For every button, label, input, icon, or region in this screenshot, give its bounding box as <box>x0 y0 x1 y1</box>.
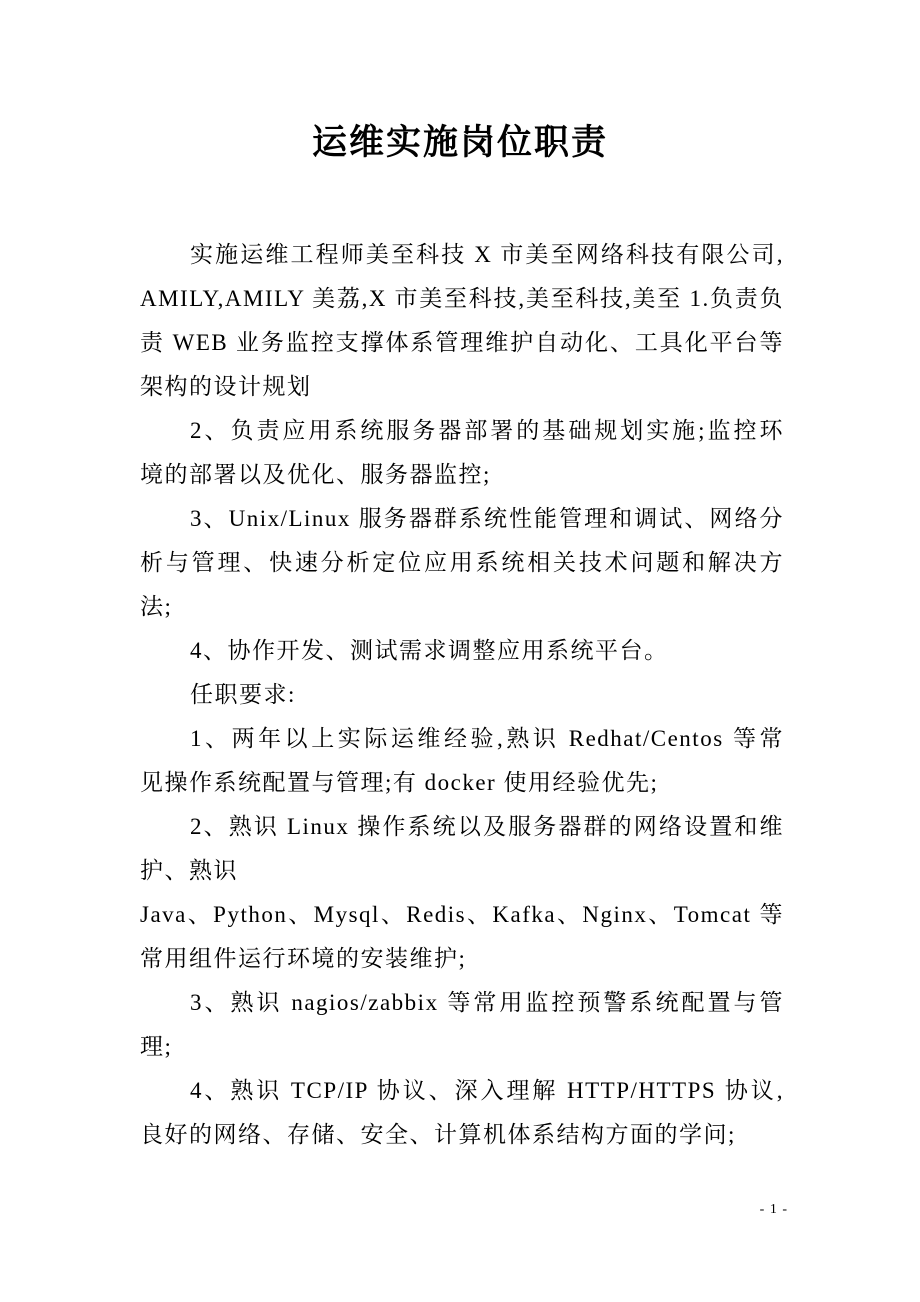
text-line: 架构的设计规划 <box>140 365 784 409</box>
text-line: AMILY,AMILY 美荔,X 市美至科技,美至科技,美至 1.负责负 <box>140 277 784 321</box>
text-line: 护、熟识 <box>140 849 784 893</box>
text-line: 3、Unix/Linux 服务器群系统性能管理和调试、网络分 <box>140 497 784 541</box>
text-line: 责 WEB 业务监控支撑体系管理维护自动化、工具化平台等 <box>140 321 784 365</box>
text-line: 实施运维工程师美至科技 X 市美至网络科技有限公司, <box>140 233 784 277</box>
text-line: 任职要求: <box>140 673 784 717</box>
text-line: 见操作系统配置与管理;有 docker 使用经验优先; <box>140 761 784 805</box>
text-line: 2、熟识 Linux 操作系统以及服务器群的网络设置和维 <box>140 805 784 849</box>
text-line: 4、熟识 TCP/IP 协议、深入理解 HTTP/HTTPS 协议,有 <box>140 1069 784 1113</box>
text-line: 1、两年以上实际运维经验,熟识 Redhat/Centos 等常 <box>140 717 784 761</box>
text-line: 析与管理、快速分析定位应用系统相关技术问题和解决方 <box>140 541 784 585</box>
text-line: Java、Python、Mysql、Redis、Kafka、Nginx、Tomc… <box>140 893 784 937</box>
document-page: 运维实施岗位职责 实施运维工程师美至科技 X 市美至网络科技有限公司,AMILY… <box>0 0 920 1302</box>
document-body: 实施运维工程师美至科技 X 市美至网络科技有限公司,AMILY,AMILY 美荔… <box>140 233 784 1157</box>
text-line: 4、协作开发、测试需求调整应用系统平台。 <box>140 629 784 673</box>
text-line: 2、负责应用系统服务器部署的基础规划实施;监控环 <box>140 409 784 453</box>
text-line: 良好的网络、存储、安全、计算机体系结构方面的学问; <box>140 1113 784 1157</box>
text-line: 理; <box>140 1025 784 1069</box>
text-line: 法; <box>140 585 784 629</box>
text-line: 常用组件运行环境的安装维护; <box>140 937 784 981</box>
document-title: 运维实施岗位职责 <box>0 120 920 166</box>
text-line: 境的部署以及优化、服务器监控; <box>140 453 784 497</box>
text-line: 3、熟识 nagios/zabbix 等常用监控预警系统配置与管 <box>140 981 784 1025</box>
page-number: - 1 - <box>140 1200 788 1220</box>
